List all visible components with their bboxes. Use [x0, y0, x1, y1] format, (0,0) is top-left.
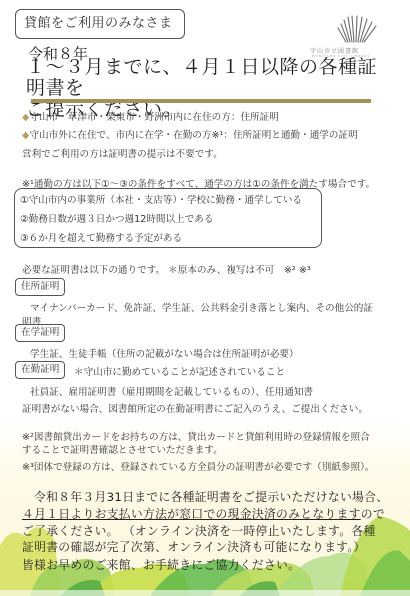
school-proof-label: 在学証明	[15, 324, 65, 342]
school-proof-text: 学生証、生徒手帳（住所の記載がない場合は住所証明が必要）	[30, 346, 299, 360]
footnote-2-cont: することで証明書確認とさせていただきます。	[22, 442, 223, 456]
footnote-3: ※³団体で登録の方は、登録されている方全員分の証明書が必要です（別紙参照）。	[22, 459, 374, 473]
work-proof-label: 在勤証明	[15, 361, 65, 379]
work-proof-fallback: 証明書がない場合、図書館所定の在勤証明書にご記入のうえ、ご提出ください。	[22, 401, 368, 415]
notice-line-1: 令和８年３月31日までに各種証明書をご提示いただけない場合、	[34, 488, 388, 505]
footnote-2: ※²図書館貸出カードをお持ちの方は、貸出カードと貸館利用時の登録情報を照合	[22, 429, 370, 443]
work-proof-text: 社員証、雇用証明書（雇用期間を記載しているもの）、任用通知書	[30, 384, 313, 398]
notice-line-4: 証明書の確認が完了次第、オンライン決済も可能になります。）	[22, 538, 366, 555]
condition-item: ②勤務日数が週３日かつ週12時間以上である	[20, 211, 214, 225]
audience-label: 貸館をご利用のみなさま	[15, 9, 185, 39]
notice-line-3: ご了承ください。 （オンライン決済を一時停止いたします。各種	[22, 522, 376, 539]
residence-proof-label: 住所証明	[15, 278, 65, 296]
notice-line-5: 皆様お早めのご来館、お手続きにご協力ください。	[22, 556, 300, 573]
headline-line-1: １～３月までに、４月１日以降の各種証明書を	[26, 57, 396, 99]
residence-proof-text: マイナンバーカード、免許証、学生証、公共料金引き落とし案内、その他公的証	[30, 300, 373, 314]
notice-line-2: ４月１日よりお支払い方法が窓口での現金決済のみとなりますので	[22, 505, 385, 522]
documents-intro: 必要な証明書は以下の通りです。 ＊原本のみ、複写は不可 ※² ※³	[22, 262, 311, 276]
notice-page: 貸館をご利用のみなさま 守山市立図書館 MORIYAMA CITY LIBRAR…	[0, 0, 410, 596]
work-proof-requirement: ＊守山市に勤めていることが記述されていること	[74, 364, 285, 378]
commercial-note: 営利でご利用の方は証明書の提示は不要です。	[22, 146, 223, 160]
condition-item: ①守山市内の事業所（本社・支店等）・学校に勤務・通学している	[20, 192, 302, 206]
eligibility-item: ◆守山市外に在住で、市内に在学・在勤の方※¹：住所証明と通勤・通学の証明	[22, 127, 358, 141]
notice-emphasis: ４月１日よりお支払い方法が窓口での現金決済のみとなります	[22, 507, 361, 521]
condition-item: ③６か月を超えて勤務する予定がある	[20, 230, 182, 244]
title-divider	[31, 99, 371, 103]
eligibility-item: ◆守山市・草津市・栗東市・野洲市内に在住の方：住所証明	[22, 109, 279, 123]
